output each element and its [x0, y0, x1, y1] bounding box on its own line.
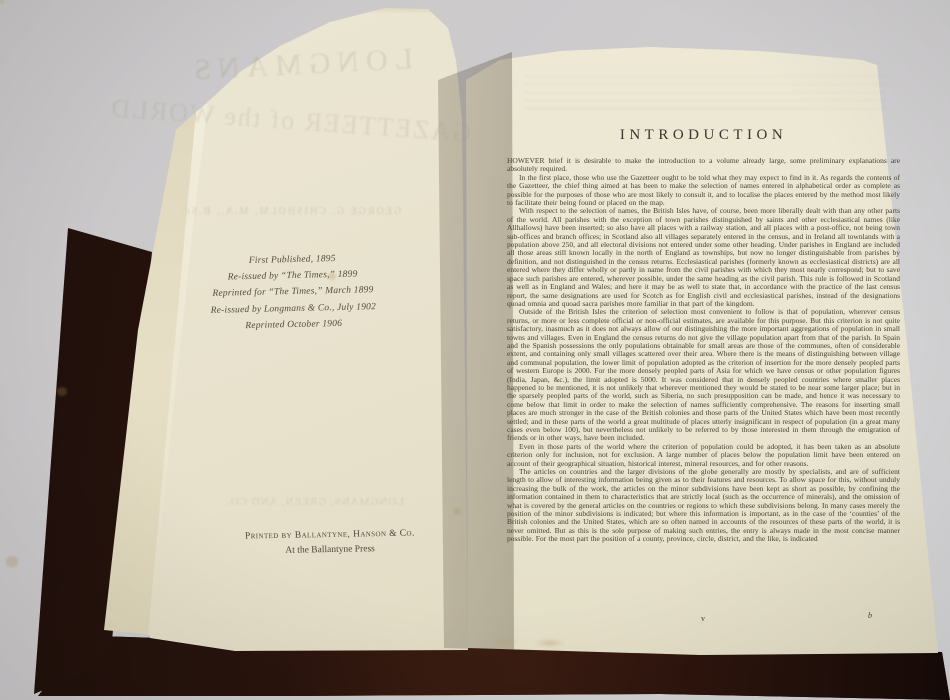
signature-mark: b: [868, 611, 872, 620]
paragraph: In the first place, those who use the Ga…: [507, 174, 900, 208]
foxing-spots: [0, 0, 4, 3]
paragraph: Even in those parts of the world where t…: [507, 443, 900, 468]
showthrough-right-page: [525, 76, 885, 114]
showthrough-gazetteer: GAZETTEER of the WORLD: [99, 93, 480, 149]
book-photo: LONGMANS GAZETTEER of the WORLD GEORGE G…: [0, 0, 950, 700]
page-edge-stains: [490, 634, 580, 648]
showthrough-longmans: LONGMANS: [149, 40, 450, 90]
showthrough-publisher: LONGMANS, GREEN, AND CO.: [165, 496, 465, 508]
paragraph: With respect to the selection of names, …: [507, 207, 900, 308]
introduction-page: INTRODUCTION HOWEVER brief it is desirab…: [507, 127, 900, 544]
page-number: v: [688, 614, 718, 623]
printer-imprint: Printed by Ballantyne, Hanson & Co. At t…: [195, 526, 465, 561]
page-title: INTRODUCTION: [507, 127, 900, 144]
paragraph: HOWEVER brief it is desirable to make th…: [507, 157, 900, 174]
paragraph: Outside of the British Isles the criteri…: [507, 308, 900, 443]
paragraph: The articles on countries and the larger…: [507, 468, 900, 544]
edition-history: First Published, 1895Re-issued by “The T…: [167, 249, 419, 336]
showthrough-author: GEORGE G. CHISHOLM, M.A., B.Sc.: [140, 206, 440, 217]
introduction-body: HOWEVER brief it is desirable to make th…: [507, 157, 900, 544]
